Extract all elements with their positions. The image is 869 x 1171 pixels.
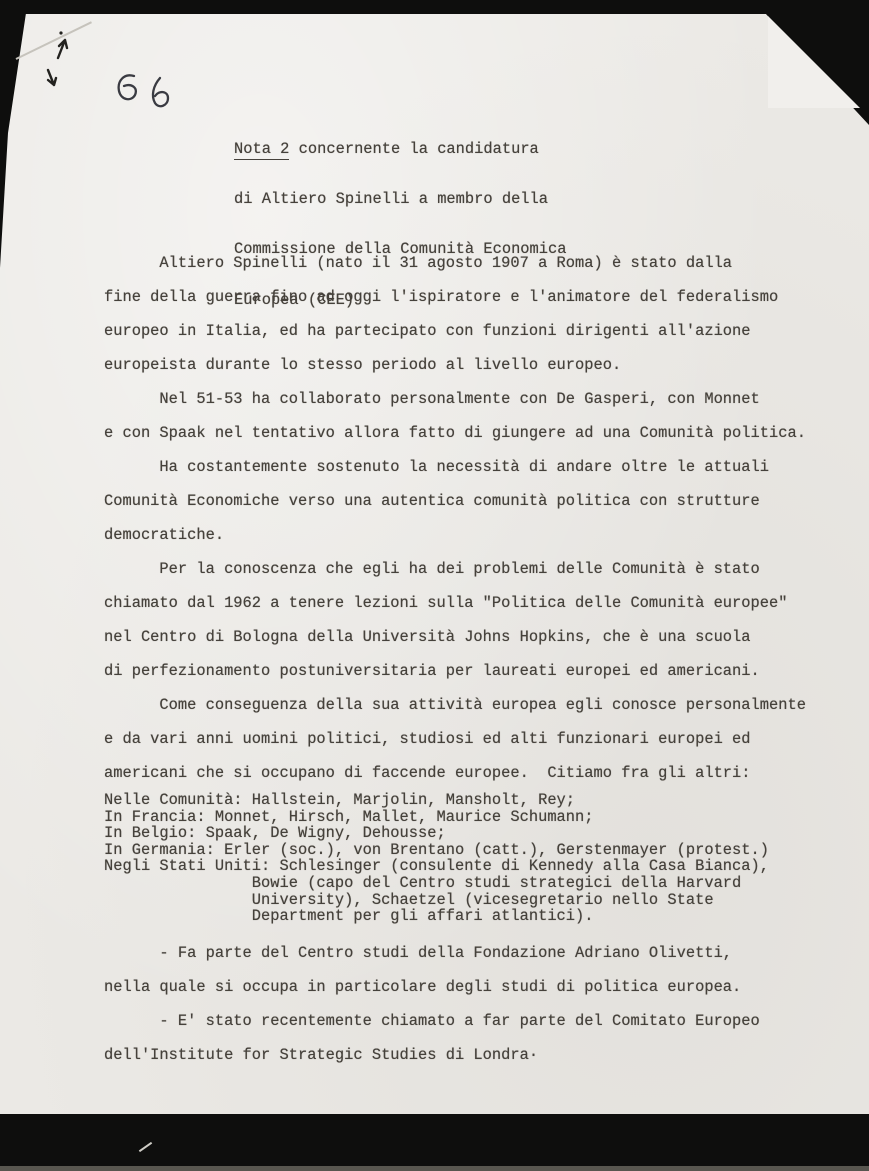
header-line-2: di Altiero Spinelli a membro della [234, 191, 567, 208]
closing-paragraphs: - Fa parte del Centro studi della Fondaz… [104, 936, 760, 1072]
scanned-page: Nota 2 concernente la candidatura di Alt… [0, 0, 869, 1171]
body-paragraphs: Altiero Spinelli (nato il 31 agosto 1907… [104, 246, 806, 790]
pencil-arrow-marks-icon [38, 28, 84, 88]
note-number: Nota 2 [234, 140, 289, 160]
header-line-1: Nota 2 concernente la candidatura [234, 141, 567, 158]
scan-border-bottom-edge [0, 1166, 869, 1171]
names-list: Nelle Comunità: Hallstein, Marjolin, Man… [104, 792, 769, 925]
handwritten-mark-icon [106, 68, 178, 126]
header-line-1-rest: concernente la candidatura [289, 140, 538, 158]
scan-border-bottom [0, 1114, 869, 1166]
scan-border-top [0, 0, 869, 14]
